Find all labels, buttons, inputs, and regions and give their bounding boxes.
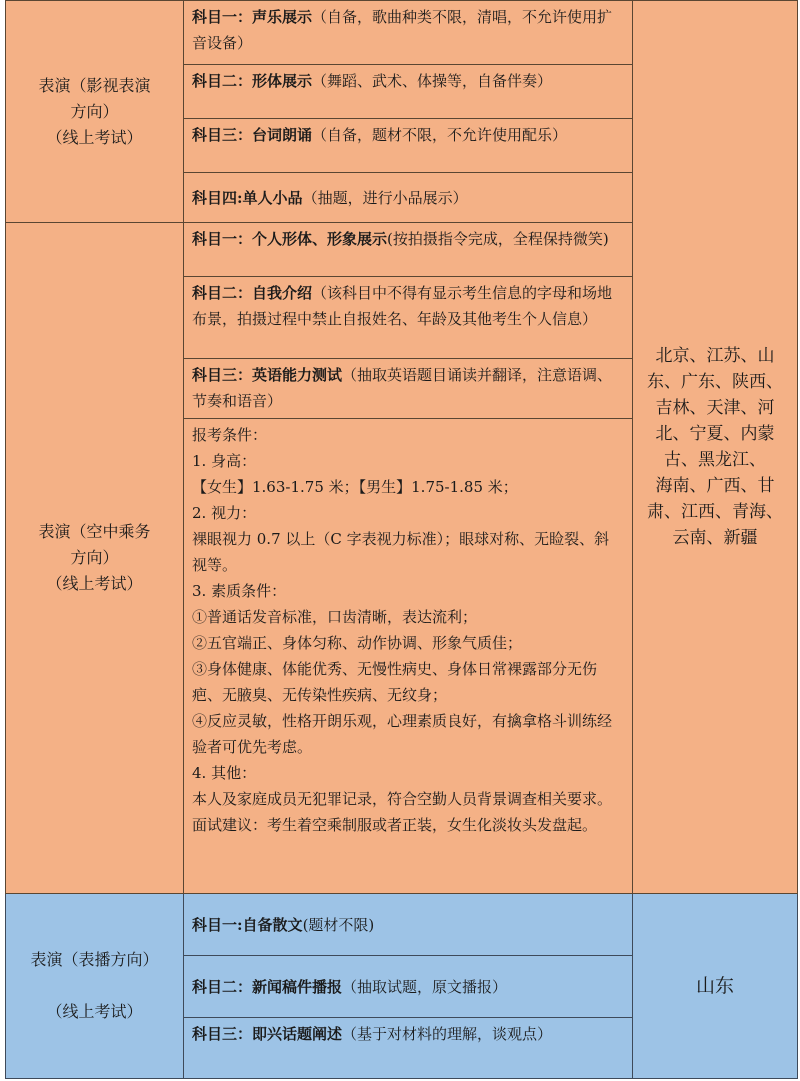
requirement-line: 1. 身高：: [192, 448, 624, 474]
subject-name: 声乐展示: [252, 8, 312, 26]
requirement-line: 【女生】1.63-1.75 米；【男生】1.75-1.85 米；: [192, 474, 624, 500]
subject-detail: （舞蹈、武术、体操等，自备伴奏）: [312, 72, 552, 90]
subject-cell: 科目二：形体展示（舞蹈、武术、体操等，自备伴奏）: [184, 65, 633, 119]
region-line: 海南、广西、甘: [641, 473, 789, 499]
requirement-line: 3. 素质条件：: [192, 578, 624, 604]
regions-cell: 北京、江苏、山 东、广东、陕西、 吉林、天津、河 北、宁夏、内蒙 古、黑龙江、 …: [633, 1, 798, 894]
requirement-line: 4. 其他：: [192, 760, 624, 786]
subject-label: 科目一:: [192, 916, 243, 934]
category-broadcasting: 表演（表播方向） （线上考试）: [6, 894, 184, 1079]
subject-detail: （抽取试题，原文播报）: [342, 978, 507, 996]
requirement-line: ②五官端正、身体匀称、动作协调、形象气质佳；: [192, 630, 624, 656]
subject-detail: （自备，题材不限，不允许使用配乐）: [312, 126, 567, 144]
category-film-acting: 表演（影视表演 方向） （线上考试）: [6, 1, 184, 223]
requirement-line: 裸眼视力 0.7 以上（C 字表视力标准）；眼球对称、无睑裂、斜视等。: [192, 526, 624, 578]
subject-name: 自备散文: [243, 916, 303, 934]
region-line: 北、宁夏、内蒙: [641, 421, 789, 447]
category-line: （线上考试）: [14, 571, 175, 597]
subject-name: 个人形体、形象展示: [252, 230, 387, 248]
subject-name: 新闻稿件播报: [252, 978, 342, 996]
region-line: 吉林、天津、河: [641, 395, 789, 421]
subject-name: 即兴话题阐述: [252, 1025, 342, 1043]
requirement-line: 面试建议：考生着空乘制服或者正装，女生化淡妆头发盘起。: [192, 812, 624, 838]
subject-label: 科目三：: [192, 1025, 252, 1043]
subject-cell: 科目四:单人小品（抽题，进行小品展示）: [184, 173, 633, 223]
requirement-line: 本人及家庭成员无犯罪记录，符合空勤人员背景调查相关要求。: [192, 786, 624, 812]
subject-cell: 科目二：自我介绍（该科目中不得有显示考生信息的字母和场地布景，拍摄过程中禁止自报…: [184, 277, 633, 359]
subject-cell: 科目三：英语能力测试（抽取英语题目诵读并翻译，注意语调、节奏和语音）: [184, 359, 633, 419]
subject-cell: 科目一：声乐展示（自备，歌曲种类不限，清唱，不允许使用扩音设备）: [184, 1, 633, 65]
category-line: （线上考试）: [14, 999, 175, 1025]
category-line: （线上考试）: [14, 125, 175, 151]
subject-label: 科目二：: [192, 72, 252, 90]
subject-cell: 科目三：即兴话题阐述（基于对材料的理解，谈观点）: [184, 1018, 633, 1079]
subject-name: 单人小品: [243, 189, 303, 207]
subject-detail: (题材不限): [303, 916, 375, 934]
region-line: 肃、江西、青海、: [641, 499, 789, 525]
category-flight-attendant: 表演（空中乘务 方向） （线上考试）: [6, 223, 184, 894]
region-line: 东、广东、陕西、: [641, 369, 789, 395]
region-line: 北京、江苏、山: [641, 343, 789, 369]
subject-label: 科目一：: [192, 8, 252, 26]
exam-subjects-table: 表演（影视表演 方向） （线上考试） 科目一：声乐展示（自备，歌曲种类不限，清唱…: [5, 0, 798, 1079]
subject-label: 科目二：: [192, 284, 252, 302]
requirement-line: 报考条件：: [192, 422, 624, 448]
requirement-line: ④反应灵敏，性格开朗乐观，心理素质良好，有擒拿格斗训练经验者可优先考虑。: [192, 708, 624, 760]
subject-name: 自我介绍: [252, 284, 312, 302]
subject-name: 台词朗诵: [252, 126, 312, 144]
category-line: 方向）: [14, 99, 175, 125]
subject-label: 科目二：: [192, 978, 252, 996]
subject-label: 科目一：: [192, 230, 252, 248]
table-row: 表演（表播方向） （线上考试） 科目一:自备散文(题材不限) 山东: [6, 894, 798, 956]
subject-name: 英语能力测试: [252, 366, 342, 384]
category-line: 表演（表播方向）: [14, 947, 175, 973]
requirement-line: ①普通话发音标准，口齿清晰，表达流利；: [192, 604, 624, 630]
subject-name: 形体展示: [252, 72, 312, 90]
subject-cell: 科目一：个人形体、形象展示(按拍摄指令完成，全程保持微笑): [184, 223, 633, 277]
requirement-line: 2. 视力：: [192, 500, 624, 526]
subject-detail: (按拍摄指令完成，全程保持微笑): [387, 230, 609, 248]
subject-detail: （抽题，进行小品展示）: [303, 189, 468, 207]
subject-cell: 科目三：台词朗诵（自备，题材不限，不允许使用配乐）: [184, 119, 633, 173]
subject-label: 科目三：: [192, 366, 252, 384]
requirement-line: ③身体健康、体能优秀、无慢性病史、身体日常裸露部分无伤疤、无腋臭、无传染性疾病、…: [192, 656, 624, 708]
subject-cell: 科目二：新闻稿件播报（抽取试题，原文播报）: [184, 956, 633, 1018]
table-row: 表演（影视表演 方向） （线上考试） 科目一：声乐展示（自备，歌曲种类不限，清唱…: [6, 1, 798, 65]
subject-cell: 科目一:自备散文(题材不限): [184, 894, 633, 956]
subject-detail: （基于对材料的理解，谈观点）: [342, 1025, 552, 1043]
category-spacer: [14, 973, 175, 999]
region-line: 古、黑龙江、: [641, 447, 789, 473]
category-line: 表演（空中乘务: [14, 519, 175, 545]
subject-label: 科目三：: [192, 126, 252, 144]
category-line: 表演（影视表演: [14, 73, 175, 99]
region-line: 云南、新疆: [641, 525, 789, 551]
category-line: 方向）: [14, 545, 175, 571]
subject-label: 科目四:: [192, 189, 243, 207]
requirements-cell: 报考条件： 1. 身高： 【女生】1.63-1.75 米；【男生】1.75-1.…: [184, 419, 633, 894]
regions-cell-blue: 山东: [633, 894, 798, 1079]
